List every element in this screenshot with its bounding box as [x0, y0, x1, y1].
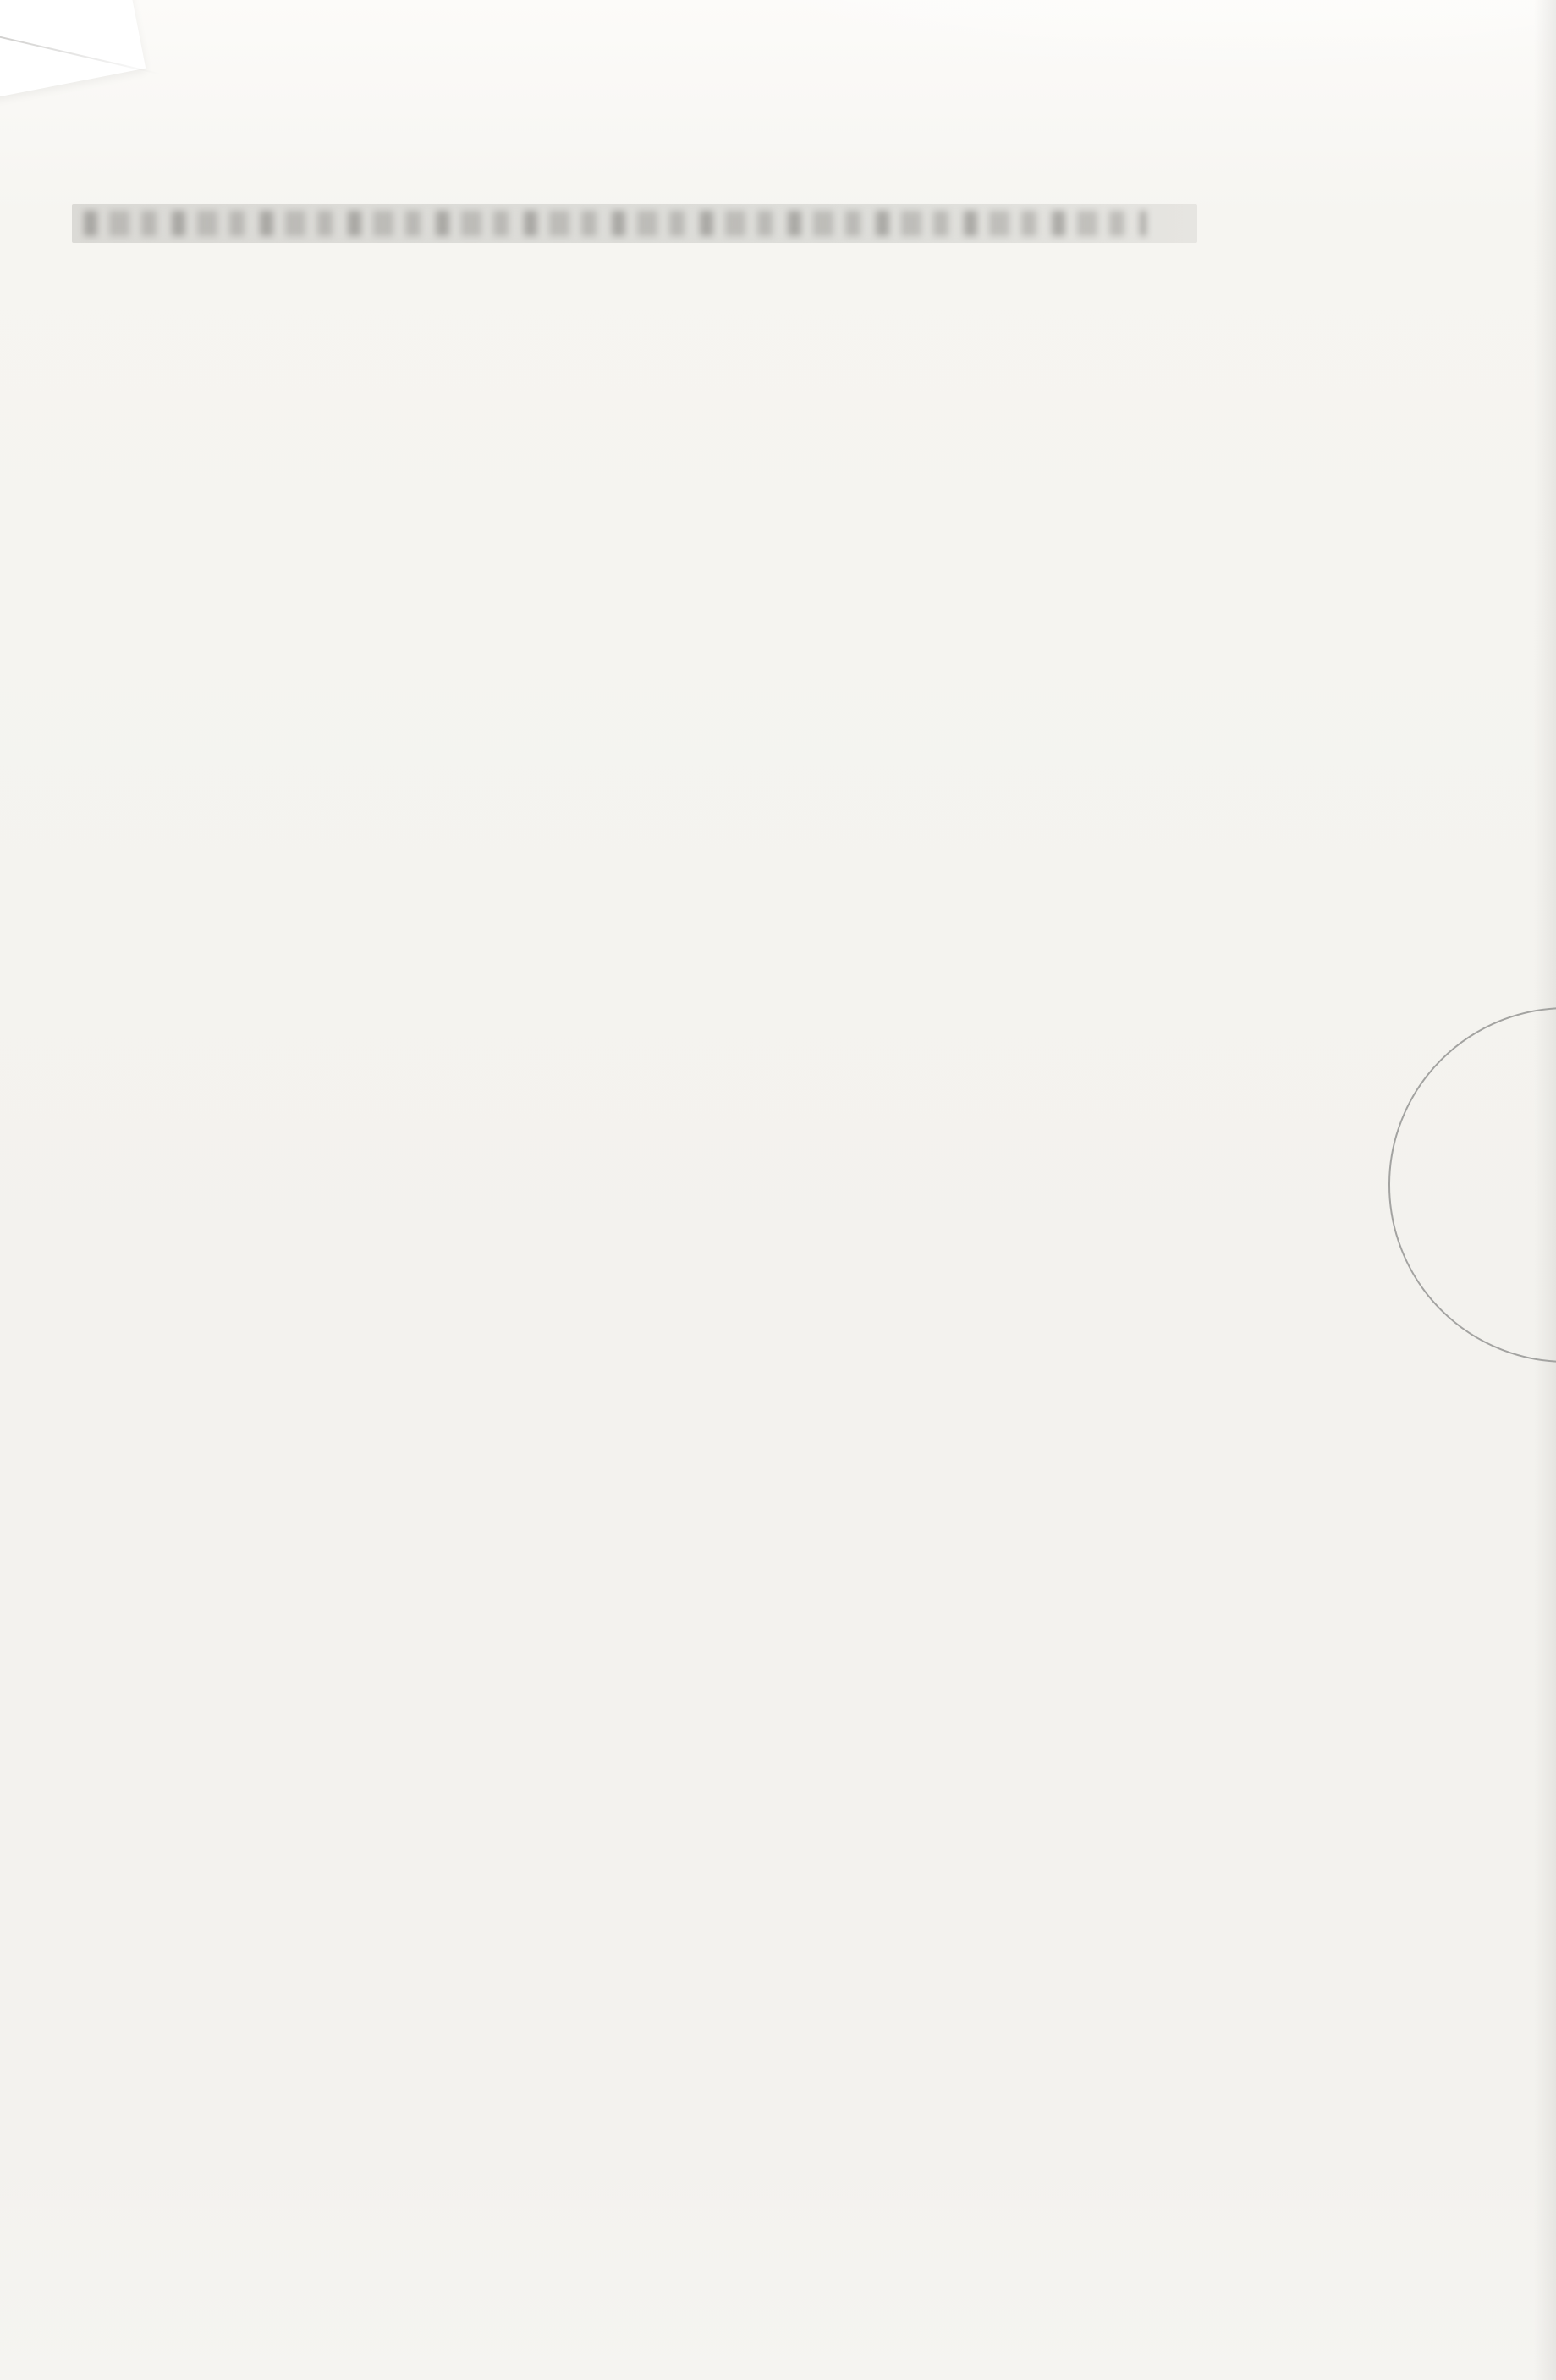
section-faded-banner [72, 204, 1197, 243]
book-page [0, 0, 1556, 2380]
section-header [57, 201, 1556, 245]
round-tab-circle [1388, 1007, 1556, 1363]
